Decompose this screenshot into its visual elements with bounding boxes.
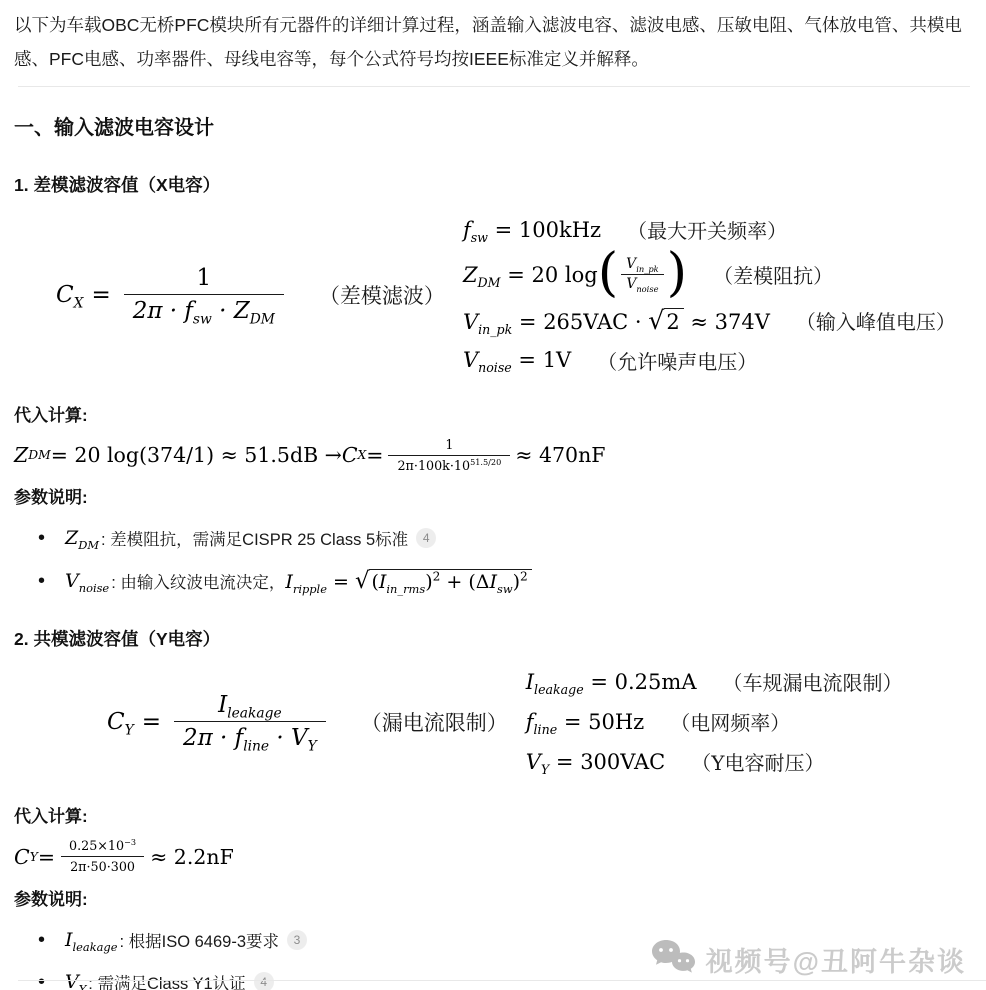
citation-badge[interactable]: 4 bbox=[416, 528, 436, 548]
param-zdm: • ZDM : 差模阻抗，需满足CISPR 25 Class 5标准 4 bbox=[12, 526, 970, 550]
watermark: 视频号@丑阿牛杂谈 bbox=[650, 938, 966, 981]
bullet-dot: • bbox=[38, 929, 45, 952]
wechat-icon bbox=[650, 938, 696, 981]
equals-sign: = bbox=[142, 709, 161, 735]
params-list-1: • ZDM : 差模阻抗，需满足CISPR 25 Class 5标准 4 • V… bbox=[12, 526, 970, 594]
cy-given-values: Ileakage = 0.25mA （车规漏电流限制） fline = 50Hz… bbox=[526, 667, 903, 776]
cy-lhs: CY bbox=[107, 709, 134, 735]
article: 以下为车载OBC无桥PFC模块所有元器件的详细计算过程，涵盖输入滤波电容、滤波电… bbox=[0, 8, 986, 990]
zdm-inner-fraction: Vin_pk Vnoise bbox=[621, 255, 664, 295]
divider-bottom bbox=[18, 980, 986, 981]
citation-badge[interactable]: 4 bbox=[254, 972, 274, 990]
divider-top bbox=[18, 86, 970, 87]
given-vy: VY = 300VAC （Y电容耐压） bbox=[526, 747, 903, 776]
intro-paragraph: 以下为车载OBC无桥PFC模块所有元器件的详细计算过程，涵盖输入滤波电容、滤波电… bbox=[14, 8, 968, 76]
given-fsw: fsw = 100kHz （最大开关频率） bbox=[463, 215, 956, 244]
given-vinpk: Vin_pk = 265VAC · √2 ≈ 374V （输入峰值电压） bbox=[463, 306, 956, 335]
equals-sign: = bbox=[91, 282, 110, 308]
bullet-dot: • bbox=[38, 570, 45, 593]
cy-formula-block: CY = Ileakage 2π · fline · VY （漏电流限制） Il… bbox=[12, 667, 970, 776]
bullet-dot: • bbox=[38, 527, 45, 550]
calc2-fraction: 0.25×10−3 2π·50·300 bbox=[60, 836, 145, 877]
given-ileakage: Ileakage = 0.25mA （车规漏电流限制） bbox=[526, 667, 903, 696]
params-label-2: 参数说明: bbox=[14, 885, 970, 910]
calc-label-1: 代入计算: bbox=[14, 401, 970, 426]
cy-formula-note: （漏电流限制） bbox=[361, 707, 508, 737]
calc-label-2: 代入计算: bbox=[14, 802, 970, 827]
calc-formula-1: ZDM = 20 log(374/1) ≈ 51.5dB → CX = 1 2π… bbox=[14, 435, 970, 476]
sqrt-icon: √ bbox=[355, 568, 370, 594]
cy-fraction: Ileakage 2π · fline · VY bbox=[174, 689, 326, 756]
params-label-1: 参数说明: bbox=[14, 483, 970, 508]
param-vnoise: • Vnoise : 由输入纹波电流决定， Iripple = √(Iin_rm… bbox=[12, 568, 970, 594]
cx-lhs: CX bbox=[56, 282, 83, 308]
calc1-fraction: 1 2π·100k·1051.5/20 bbox=[388, 435, 510, 476]
subsection-1-heading: 1. 差模滤波容值（X电容） bbox=[14, 172, 970, 197]
cx-fraction: 1 2π · fsw · ZDM bbox=[124, 262, 284, 329]
cx-formula: CX = 1 2π · fsw · ZDM bbox=[56, 262, 289, 329]
watermark-text: 视频号@丑阿牛杂谈 bbox=[706, 940, 966, 979]
sqrt-icon: √ bbox=[648, 306, 664, 335]
citation-badge[interactable]: 3 bbox=[287, 930, 307, 950]
cx-formula-note: （差模滤波） bbox=[319, 280, 445, 310]
section-1-heading: 一、输入滤波电容设计 bbox=[14, 111, 970, 140]
calc-formula-2: CY = 0.25×10−3 2π·50·300 ≈ 2.2nF bbox=[14, 836, 970, 877]
ripple-formula: Iripple = √(Iin_rms)2 + (ΔIsw)2 bbox=[285, 568, 531, 594]
given-vnoise: Vnoise = 1V （允许噪声电压） bbox=[463, 346, 956, 375]
given-fline: fline = 50Hz （电网频率） bbox=[526, 707, 903, 736]
subsection-2-heading: 2. 共模滤波容值（Y电容） bbox=[14, 626, 970, 651]
cx-formula-block: CX = 1 2π · fsw · ZDM （差模滤波） fsw = 100kH… bbox=[12, 215, 970, 375]
cy-formula: CY = Ileakage 2π · fline · VY bbox=[107, 689, 331, 756]
given-zdm: ZDM = 20 log ( Vin_pk Vnoise ) （差模阻抗） bbox=[463, 255, 956, 295]
cx-given-values: fsw = 100kHz （最大开关频率） ZDM = 20 log ( Vin… bbox=[463, 215, 956, 375]
